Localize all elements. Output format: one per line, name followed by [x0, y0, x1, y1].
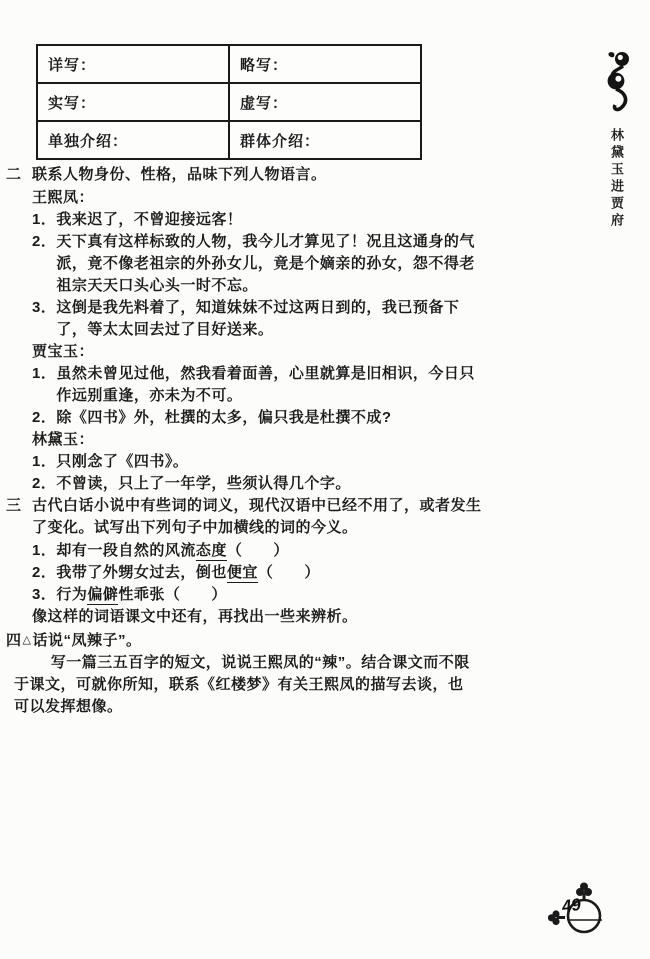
table-cell: 单独介绍：	[37, 121, 229, 159]
list-item: 1． 虽然未曾见过他，然我看着面善，心里就算是旧相识，今日只作远别重逢，亦未为不…	[32, 363, 484, 407]
table-row: 实写： 虚写：	[37, 83, 421, 121]
section-4-paragraph: 写一篇三五百字的短文，说说王熙凤的“辣”。结合课文而不限于课文，可就你所知，联系…	[14, 652, 476, 718]
item-number: 2．	[32, 562, 56, 584]
page-number: 49	[561, 895, 583, 917]
item-number: 3．	[32, 297, 56, 341]
list-item: 2． 不曾读，只上了一年学，些须认得几个字。	[32, 473, 484, 495]
item-text: 我带了外甥女过去，倒也便宜（ ）	[56, 562, 484, 584]
item-text-post: （ ）	[258, 564, 320, 581]
table-cell: 实写：	[37, 83, 229, 121]
item-number: 2．	[32, 473, 56, 495]
item-number: 2．	[32, 231, 56, 297]
section-2-marker: 二	[6, 164, 22, 186]
item-text: 虽然未曾见过他，然我看着面善，心里就算是旧相识，今日只作远别重逢，亦未为不可。	[56, 363, 484, 407]
chapter-side-label: 林黛玉进贾府	[607, 128, 626, 230]
item-text: 行为偏僻性乖张（ ）	[56, 584, 484, 606]
item-number: 2．	[32, 407, 56, 429]
table-cell: 详写：	[37, 45, 229, 83]
list-item: 1． 我来迟了，不曾迎接远客！	[32, 209, 484, 231]
fleuron-ornament-icon	[602, 48, 636, 119]
table-row: 单独介绍： 群体介绍：	[37, 121, 421, 159]
item-text: 天下真有这样标致的人物，我今儿才算见了！况且这通身的气派，竟不像老祖宗的外孙女儿…	[56, 231, 484, 297]
underlined-word: 态度	[196, 542, 227, 561]
item-number: 3．	[32, 584, 56, 606]
item-text: 却有一段自然的风流态度（ ）	[56, 540, 484, 562]
summary-table: 详写： 略写： 实写： 虚写： 单独介绍： 群体介绍：	[36, 44, 422, 160]
item-number: 1．	[32, 451, 56, 473]
item-text-pre: 却有一段自然的风流	[56, 542, 196, 559]
list-item: 2． 除《四书》外，杜撰的太多，偏只我是杜撰不成?	[32, 407, 484, 429]
section-4-marker: 四	[6, 632, 22, 649]
speaker-label: 贾宝玉：	[32, 341, 484, 363]
triangle-icon: △	[22, 634, 33, 646]
list-item: 1． 只刚念了《四书》。	[32, 451, 484, 473]
section-2-heading: 二 联系人物身份、性格，品味下列人物语言。	[6, 164, 484, 186]
page-number-ornament: 49	[548, 882, 610, 940]
table-cell: 群体介绍：	[229, 121, 421, 159]
item-text-post: （ ）	[227, 542, 289, 559]
list-item: 3． 这倒是我先料着了，知道妹妹不过这两日到的，我已预备下了，等太太回去过了目好…	[32, 297, 484, 341]
item-text-post: 性乖张（ ）	[118, 586, 227, 603]
list-item: 3． 行为偏僻性乖张（ ）	[32, 584, 484, 606]
section-3-footer: 像这样的词语课文中还有，再找出一些来辨析。	[32, 606, 484, 628]
workbook-page: 详写： 略写： 实写： 虚写： 单独介绍： 群体介绍： 二 联系人物身份、性格，…	[0, 0, 650, 959]
section-3-title: 古代白话小说中有些词的词义，现代汉语中已经不用了，或者发生了变化。试写出下列句子…	[32, 497, 482, 536]
list-item: 2． 我带了外甥女过去，倒也便宜（ ）	[32, 562, 484, 584]
item-number: 1．	[32, 209, 56, 231]
item-text-pre: 我带了外甥女过去，倒也	[56, 564, 227, 581]
item-text: 不曾读，只上了一年学，些须认得几个字。	[56, 473, 484, 495]
list-item: 1． 却有一段自然的风流态度（ ）	[32, 540, 484, 562]
speaker-label: 林黛玉：	[32, 429, 484, 451]
item-text: 只刚念了《四书》。	[56, 451, 484, 473]
section-2-title: 联系人物身份、性格，品味下列人物语言。	[32, 166, 327, 183]
item-text: 这倒是我先料着了，知道妹妹不过这两日到的，我已预备下了，等太太回去过了目好送来。	[56, 297, 484, 341]
section-3-heading: 三 古代白话小说中有些词的词义，现代汉语中已经不用了，或者发生了变化。试写出下列…	[6, 495, 484, 539]
section-4-title: 话说“凤辣子”。	[32, 632, 141, 649]
exercise-content: 二 联系人物身份、性格，品味下列人物语言。 王熙凤： 1． 我来迟了，不曾迎接远…	[6, 164, 484, 718]
section-4-heading: 四△话说“凤辣子”。	[6, 629, 484, 652]
item-number: 1．	[32, 540, 56, 562]
item-text-pre: 行为	[56, 586, 87, 603]
table-cell: 略写：	[229, 45, 421, 83]
list-item: 2． 天下真有这样标致的人物，我今儿才算见了！况且这通身的气派，竟不像老祖宗的外…	[32, 231, 484, 297]
underlined-word: 偏僻	[87, 586, 118, 605]
speaker-label: 王熙凤：	[32, 187, 484, 209]
underlined-word: 便宜	[227, 564, 258, 583]
table-cell: 虚写：	[229, 83, 421, 121]
section-3-marker: 三	[6, 495, 22, 517]
item-text: 我来迟了，不曾迎接远客！	[56, 209, 484, 231]
item-text: 除《四书》外，杜撰的太多，偏只我是杜撰不成?	[56, 407, 484, 429]
item-number: 1．	[32, 363, 56, 407]
table-row: 详写： 略写：	[37, 45, 421, 83]
